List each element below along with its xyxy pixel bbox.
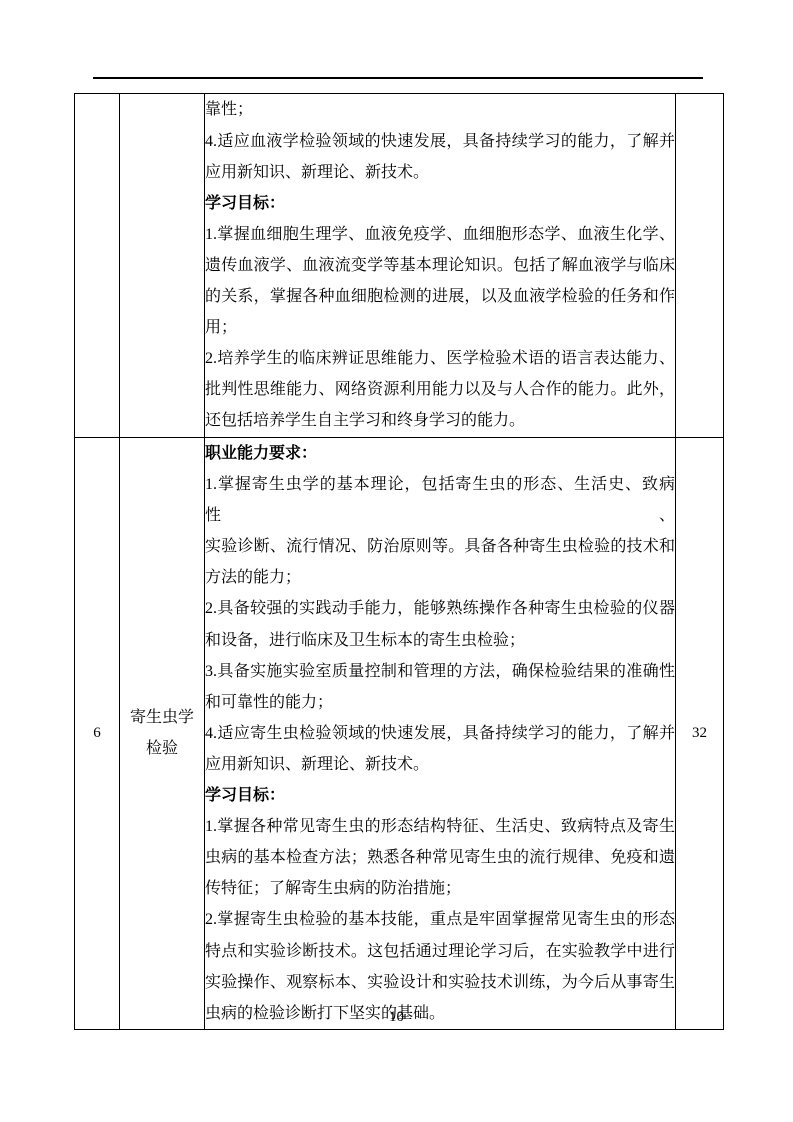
content-cell: 职业能力要求：1.掌握寄生虫学的基本理论，包括寄生虫的形态、生活史、致病性、实验… bbox=[205, 438, 676, 1030]
hours-value: 32 bbox=[692, 725, 707, 741]
body-text-line: 1.掌握血细胞生理学、血液免疫学、血细胞形态学、血液生化学、 bbox=[205, 219, 675, 250]
seq-value: 6 bbox=[93, 725, 101, 741]
body-text-line: 用； bbox=[205, 312, 675, 343]
body-text-line: 遗传血液学、血液流变学等基本理论知识。包括了解血液学与临床 bbox=[205, 250, 675, 281]
document-page: 靠性；4.适应血液学检验领域的快速发展，具备持续学习的能力，了解并应用新知识、新… bbox=[0, 0, 793, 1122]
header-rule bbox=[93, 77, 703, 79]
table-row-continuation: 靠性；4.适应血液学检验领域的快速发展，具备持续学习的能力，了解并应用新知识、新… bbox=[75, 94, 724, 438]
body-text-line: 传特征；了解寄生虫病的防治措施； bbox=[205, 873, 675, 904]
body-text-line: 批判性思维能力、网络资源利用能力以及与人合作的能力。此外， bbox=[205, 374, 675, 405]
body-text-line: 靠性； bbox=[205, 94, 675, 125]
table-row-parasitology: 6 寄生虫学检验 职业能力要求：1.掌握寄生虫学的基本理论，包括寄生虫的形态、生… bbox=[75, 438, 724, 1030]
course-cell bbox=[120, 94, 205, 438]
page-number: 10 bbox=[0, 1007, 793, 1027]
body-text-line: 4.适应寄生虫检验领域的快速发展，具备持续学习的能力，了解并 bbox=[205, 718, 675, 749]
hours-cell: 32 bbox=[676, 438, 724, 1030]
body-text-line: 4.适应血液学检验领域的快速发展，具备持续学习的能力，了解并 bbox=[205, 126, 675, 157]
hours-cell bbox=[676, 94, 724, 438]
body-text-line: 2.具备较强的实践动手能力，能够熟练操作各种寄生虫检验的仪器 bbox=[205, 593, 675, 624]
course-name-line: 检验 bbox=[120, 733, 204, 764]
body-text-line: 和可靠性的能力； bbox=[205, 687, 675, 718]
body-text-line: 2.掌握寄生虫检验的基本技能，重点是牢固掌握常见寄生虫的形态 bbox=[205, 904, 675, 935]
body-text-line: 特点和实验诊断技术。这包括通过理论学习后，在实验教学中进行 bbox=[205, 936, 675, 967]
course-name-line: 寄生虫学 bbox=[120, 702, 204, 733]
body-text-line: 方法的能力； bbox=[205, 562, 675, 593]
body-text-line: 实验诊断、流行情况、防治原则等。具备各种寄生虫检验的技术和 bbox=[205, 531, 675, 562]
course-name: 寄生虫学检验 bbox=[120, 702, 204, 764]
body-text-line: 实验操作、观察标本、实验设计和实验技术训练，为今后从事寄生 bbox=[205, 967, 675, 998]
course-cell: 寄生虫学检验 bbox=[120, 438, 205, 1030]
body-text-line: 1.掌握各种常见寄生虫的形态结构特征、生活史、致病特点及寄生 bbox=[205, 811, 675, 842]
body-text-line: 虫病的基本检查方法；熟悉各种常见寄生虫的流行规律、免疫和遗 bbox=[205, 842, 675, 873]
body-text-line: 的关系，掌握各种血细胞检测的进展，以及血液学检验的任务和作 bbox=[205, 281, 675, 312]
course-table: 靠性；4.适应血液学检验领域的快速发展，具备持续学习的能力，了解并应用新知识、新… bbox=[74, 93, 724, 1030]
body-text-line: 2.培养学生的临床辨证思维能力、医学检验术语的语言表达能力、 bbox=[205, 343, 675, 374]
body-text-line: 和设备，进行临床及卫生标本的寄生虫检验； bbox=[205, 625, 675, 656]
cell-paragraphs: 职业能力要求：1.掌握寄生虫学的基本理论，包括寄生虫的形态、生活史、致病性、实验… bbox=[205, 438, 675, 1029]
cell-paragraphs: 靠性；4.适应血液学检验领域的快速发展，具备持续学习的能力，了解并应用新知识、新… bbox=[205, 94, 675, 436]
section-heading: 学习目标： bbox=[205, 188, 675, 219]
content-cell: 靠性；4.适应血液学检验领域的快速发展，具备持续学习的能力，了解并应用新知识、新… bbox=[205, 94, 676, 438]
section-heading: 学习目标： bbox=[205, 780, 675, 811]
seq-cell bbox=[75, 94, 120, 438]
seq-cell: 6 bbox=[75, 438, 120, 1030]
body-text-line: 应用新知识、新理论、新技术。 bbox=[205, 749, 675, 780]
section-heading: 职业能力要求： bbox=[205, 438, 675, 469]
body-text-line: 1.掌握寄生虫学的基本理论，包括寄生虫的形态、生活史、致病性、 bbox=[205, 469, 675, 531]
body-text-line: 3.具备实施实验室质量控制和管理的方法，确保检验结果的准确性 bbox=[205, 656, 675, 687]
body-text-line: 应用新知识、新理论、新技术。 bbox=[205, 157, 675, 188]
body-text-line: 还包括培养学生自主学习和终身学习的能力。 bbox=[205, 405, 675, 436]
